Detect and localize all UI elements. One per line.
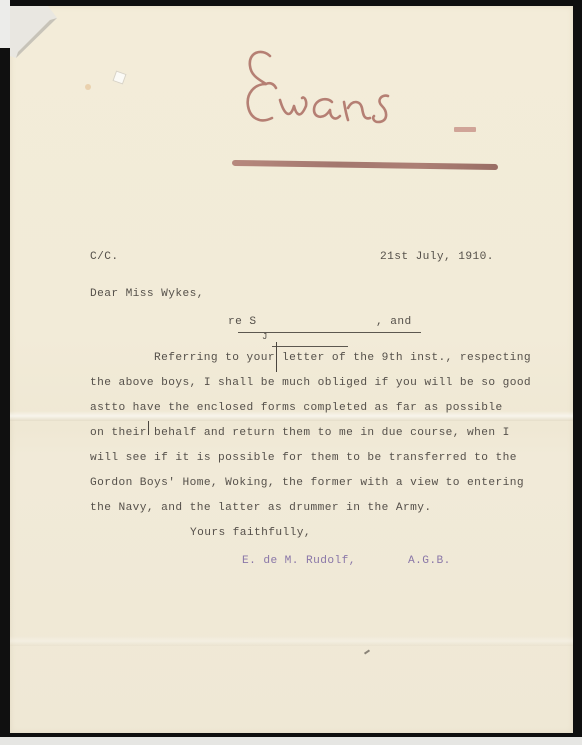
- body-line-4: on their behalf and return them to me in…: [90, 427, 510, 439]
- handwritten-underline: [232, 160, 498, 170]
- signature-name: E. de M. Rudolf,: [242, 555, 356, 567]
- reference-code: C/C.: [90, 251, 118, 263]
- subject-underline-2: [272, 346, 348, 347]
- scan-right-edge: [573, 0, 582, 745]
- typewriter-correction-mark-2: [148, 421, 149, 435]
- body-line-1: Referring to your letter of the 9th inst…: [154, 352, 531, 364]
- body-line-6: Gordon Boys' Home, Woking, the former wi…: [90, 477, 524, 489]
- handwritten-dash-mark: [454, 127, 476, 132]
- letter-page: C/C. 21st July, 1910. Dear Miss Wykes, r…: [10, 6, 573, 733]
- handwritten-name-annotation: [240, 44, 430, 139]
- subject-line-1-suffix: , and: [376, 316, 412, 328]
- letter-date: 21st July, 1910.: [380, 251, 494, 263]
- typewriter-correction-mark: [276, 342, 277, 372]
- scan-bottom-edge: [0, 737, 582, 745]
- signature-title: A.G.B.: [408, 555, 451, 567]
- body-line-3: astto have the enclosed forms completed …: [90, 402, 503, 414]
- paper-fold-crease-lower: [10, 636, 573, 646]
- folded-corner: [10, 6, 60, 61]
- subject-line-2-prefix: J: [262, 332, 268, 342]
- body-line-7: the Navy, and the latter as drummer in t…: [90, 502, 431, 514]
- paper-speck: [112, 70, 126, 84]
- salutation: Dear Miss Wykes,: [90, 288, 204, 300]
- closing: Yours faithfully,: [190, 527, 311, 539]
- body-line-2: the above boys, I shall be much obliged …: [90, 377, 531, 389]
- subject-line-1-prefix: re S: [228, 316, 256, 328]
- body-line-5: will see if it is possible for them to b…: [90, 452, 517, 464]
- pencil-mark: [364, 649, 370, 654]
- paper-stain: [85, 84, 91, 90]
- scan-left-edge: [0, 0, 10, 745]
